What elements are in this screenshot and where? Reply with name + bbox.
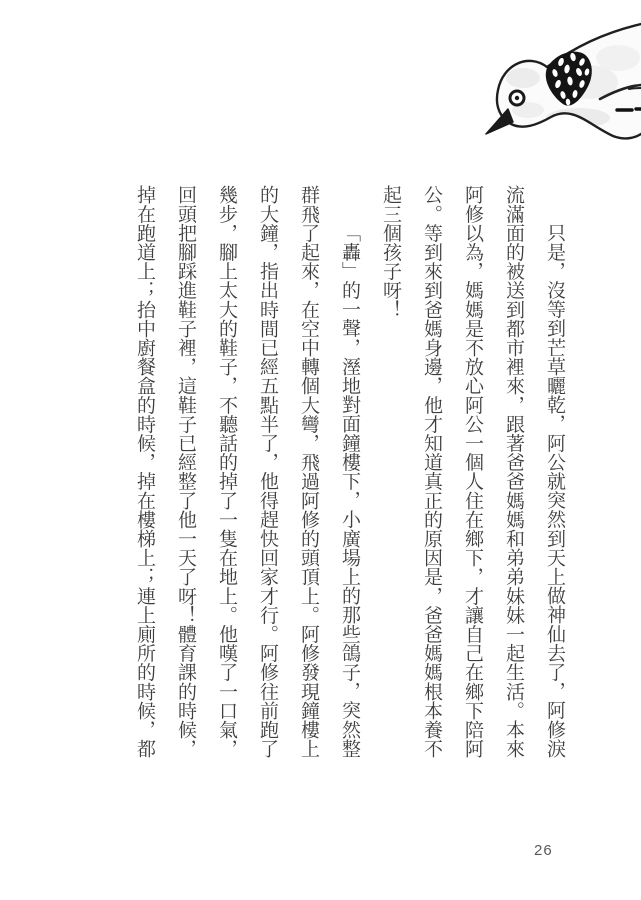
book-page: 只是，沒等到芒草曬乾，阿公就突然到天上做神仙去了，阿修淚流滿面的被送到都市裡來，… xyxy=(0,0,641,900)
story-text: 只是，沒等到芒草曬乾，阿公就突然到天上做神仙去了，阿修淚流滿面的被送到都市裡來，… xyxy=(124,185,575,763)
pigeon-illustration xyxy=(483,6,641,151)
story-paragraph-2: 「轟」的一聲，溼地對面鐘樓下，小廣場上的那些鴿子，突然整群飛了起來，在空中轉個大… xyxy=(124,185,370,763)
story-paragraph-1: 只是，沒等到芒草曬乾，阿公就突然到天上做神仙去了，阿修淚流滿面的被送到都市裡來，… xyxy=(370,185,575,763)
page-number: 26 xyxy=(534,842,553,859)
